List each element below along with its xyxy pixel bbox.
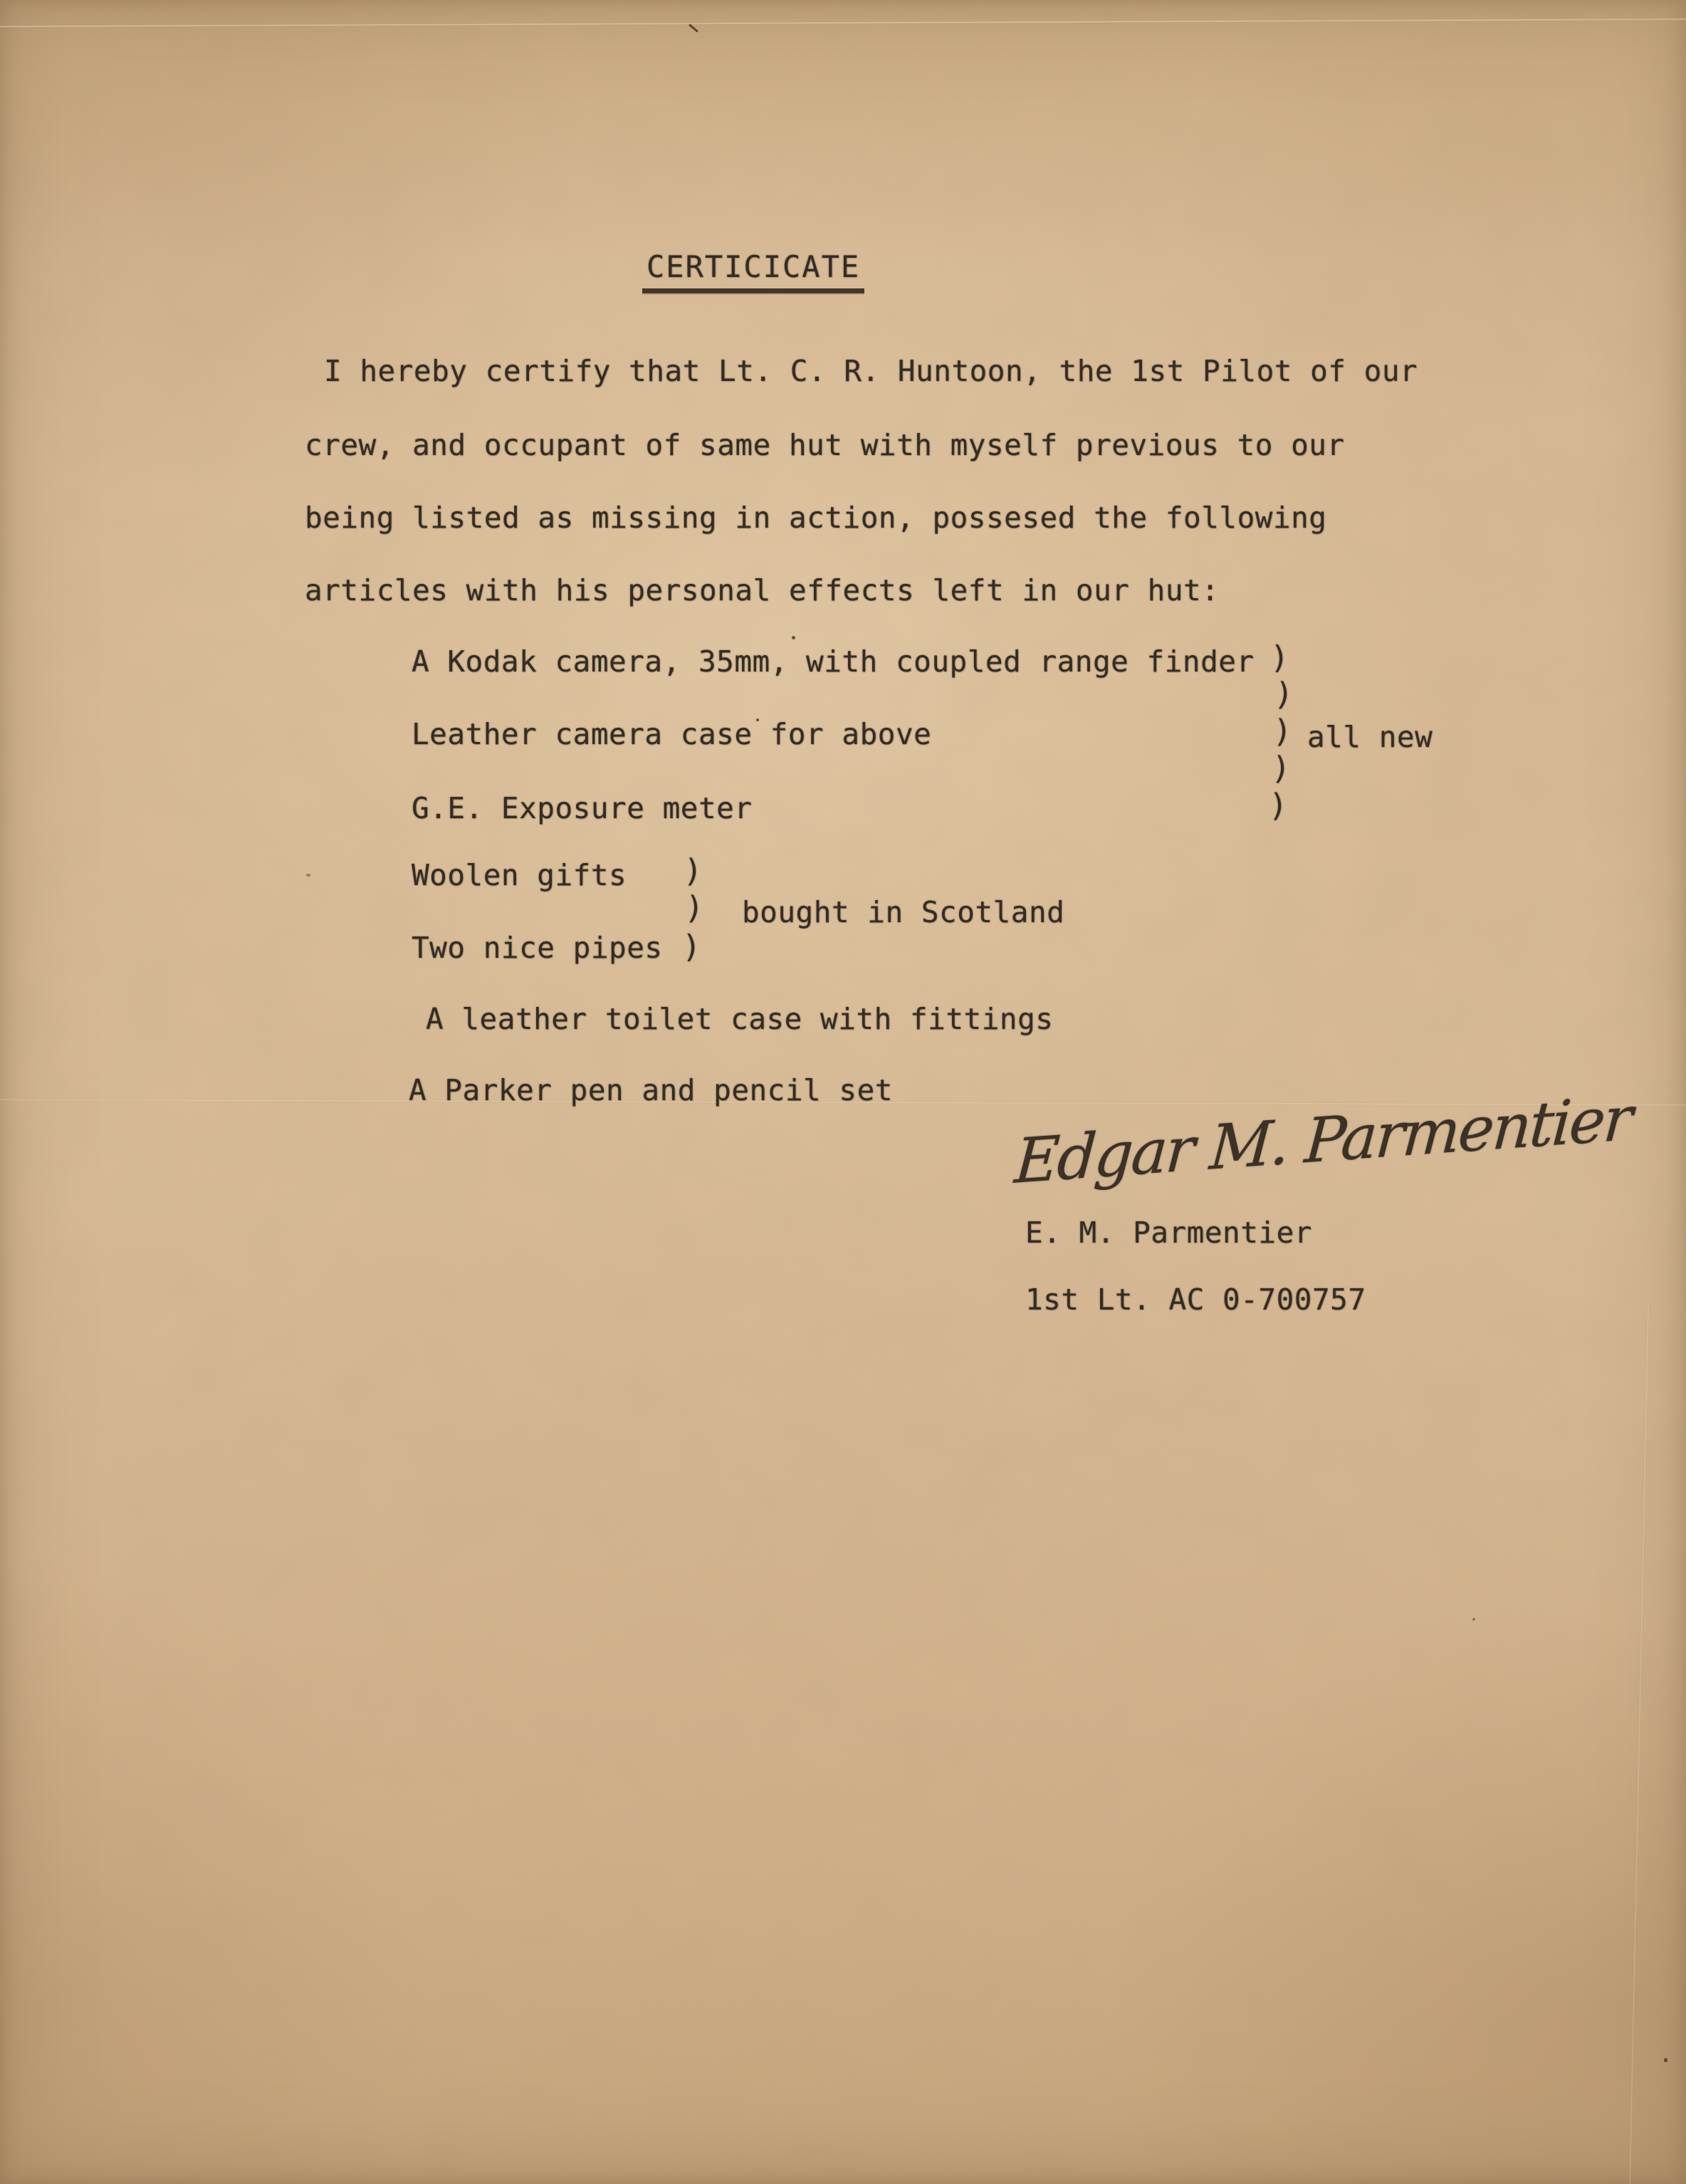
signature-typed-name: E. M. Parmentier: [1025, 1216, 1312, 1249]
scanned-certificate-page: CERTICICATE I hereby certify that Lt. C.…: [0, 0, 1686, 2184]
paren-mark: ): [1272, 715, 1292, 750]
paragraph-line: crew, and occupant of same hut with myse…: [305, 429, 1345, 461]
signature-rank-serial: 1st Lt. AC 0-700757: [1025, 1283, 1366, 1316]
signature-handwritten: Edgar M. Parmentier: [1012, 1083, 1633, 1198]
paper-speck: [688, 23, 698, 33]
paper-crease-right-diagonal: [1494, 830, 1569, 1121]
paren-mark: ): [1270, 641, 1289, 675]
paragraph-line: I hereby certify that Lt. C. R. Huntoon,…: [324, 355, 1418, 387]
list-item-woolen-gifts: Woolen gifts: [412, 859, 627, 892]
paren-mark: ): [1271, 751, 1292, 786]
paren-mark: ): [683, 855, 703, 889]
paren-mark: ): [1269, 789, 1288, 823]
paper-speck: [306, 874, 310, 877]
document-title: CERTICICATE: [642, 251, 864, 293]
paper-speck: [1472, 1618, 1475, 1621]
paper-crease-top: [0, 18, 1686, 28]
list-item-camera-case: Leather camera case for above: [412, 718, 931, 751]
paragraph-line: being listed as missing in action, posse…: [305, 501, 1327, 534]
note-all-new: all new: [1307, 721, 1433, 753]
paper-crease-right: [1628, 1303, 1650, 2184]
list-item-kodak-camera: A Kodak camera, 35mm, with coupled range…: [412, 645, 1255, 678]
paper-speck: [1664, 2058, 1667, 2062]
list-item-exposure-meter: G.E. Exposure meter: [412, 792, 753, 825]
paren-mark: ): [1273, 677, 1294, 713]
list-item-two-pipes: Two nice pipes: [412, 931, 663, 964]
paper-speck: [792, 636, 795, 639]
paren-mark: ): [684, 891, 705, 926]
list-item-toilet-case: A leather toilet case with fittings: [426, 1003, 1053, 1035]
note-bought-in-scotland: bought in Scotland: [742, 896, 1064, 929]
list-item-parker-pen: A Parker pen and pencil set: [409, 1074, 893, 1107]
paragraph-line: articles with his personal effects left …: [305, 574, 1219, 607]
paren-mark: ): [682, 930, 701, 964]
